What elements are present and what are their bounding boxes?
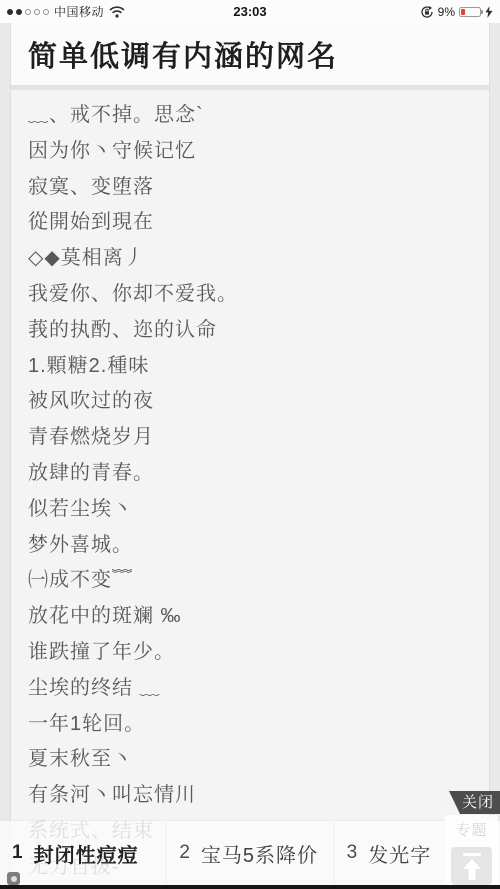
nickname-item: ◇◆莫相离丿 bbox=[28, 241, 489, 277]
battery-icon bbox=[459, 7, 481, 17]
hot-search-rank: 2 bbox=[179, 842, 190, 864]
nickname-item: 尘埃的终结 ﹏ bbox=[28, 671, 489, 707]
hot-search-rank: 3 bbox=[347, 842, 358, 864]
wifi-icon bbox=[109, 6, 125, 18]
nickname-item: 青春燃烧岁月 bbox=[28, 420, 489, 456]
nickname-item: 莪的执酌、迩的认命 bbox=[28, 313, 489, 349]
nickname-item: 放肆的青春。 bbox=[28, 456, 489, 492]
nickname-item: 梦外喜城。 bbox=[28, 528, 489, 564]
hot-search-rank: 1 bbox=[12, 842, 23, 864]
title-section: 简单低调有内涵的网名 bbox=[11, 23, 489, 90]
content-card: 简单低调有内涵的网名 ﹏、戒不掉。思念` 因为你丶守候记忆 寂寞、变堕落 從開始… bbox=[10, 23, 490, 889]
nickname-item: ﹏、戒不掉。思念` bbox=[28, 98, 489, 134]
nickname-item: 寂寞、变堕落 bbox=[28, 170, 489, 206]
carrier-label: 中国移动 bbox=[54, 3, 104, 20]
clock: 23:03 bbox=[233, 4, 266, 19]
hot-search-label: 宝马5系降价 bbox=[201, 839, 318, 868]
nickname-item: 從開始到現在 bbox=[28, 205, 489, 241]
nickname-item: 谁跌撞了年少。 bbox=[28, 635, 489, 671]
nickname-item: 因为你丶守候记忆 bbox=[28, 134, 489, 170]
hot-search-item[interactable]: 1 封闭性痘痘 bbox=[0, 820, 165, 885]
back-to-top-arrow-icon bbox=[459, 852, 485, 880]
orientation-lock-icon bbox=[420, 5, 434, 19]
nickname-item: 有条河丶叫忘情川 bbox=[28, 778, 489, 814]
nickname-item: 我爱你、你却不爱我。 bbox=[28, 277, 489, 313]
nickname-item: 1.顆糖2.種味 bbox=[28, 349, 489, 385]
corner-sticker-icon bbox=[7, 872, 20, 885]
hot-search-bar: 1 封闭性痘痘 2 宝马5系降价 3 发光字 bbox=[0, 820, 500, 885]
hot-search-label: 封闭性痘痘 bbox=[34, 839, 139, 868]
signal-strength-icon bbox=[7, 9, 49, 15]
battery-percent-label: 9% bbox=[438, 5, 455, 19]
bottom-edge-strip bbox=[0, 885, 500, 889]
hot-search-item[interactable]: 2 宝马5系降价 bbox=[167, 820, 332, 885]
nickname-item: 夏末秋至丶 bbox=[28, 742, 489, 778]
status-bar: 中国移动 23:03 9% bbox=[0, 0, 500, 23]
nickname-item: ㈠成不变﹌ bbox=[28, 563, 489, 599]
side-widget-panel: 专题 bbox=[445, 815, 498, 885]
nickname-item: 放花中的斑斓 ‰ bbox=[28, 599, 489, 635]
charging-bolt-icon bbox=[485, 6, 493, 18]
back-to-top-button[interactable] bbox=[451, 847, 492, 885]
nickname-item: 似若尘埃丶 bbox=[28, 492, 489, 528]
nickname-item: 被风吹过的夜 bbox=[28, 384, 489, 420]
nickname-list: ﹏、戒不掉。思念` 因为你丶守候记忆 寂寞、变堕落 從開始到現在 ◇◆莫相离丿 … bbox=[11, 90, 489, 886]
topic-tab[interactable]: 专题 bbox=[455, 819, 487, 840]
page-title: 简单低调有内涵的网名 bbox=[28, 34, 338, 75]
nickname-item: 一年1轮回。 bbox=[28, 707, 489, 743]
hot-search-label: 发光字 bbox=[368, 839, 431, 868]
